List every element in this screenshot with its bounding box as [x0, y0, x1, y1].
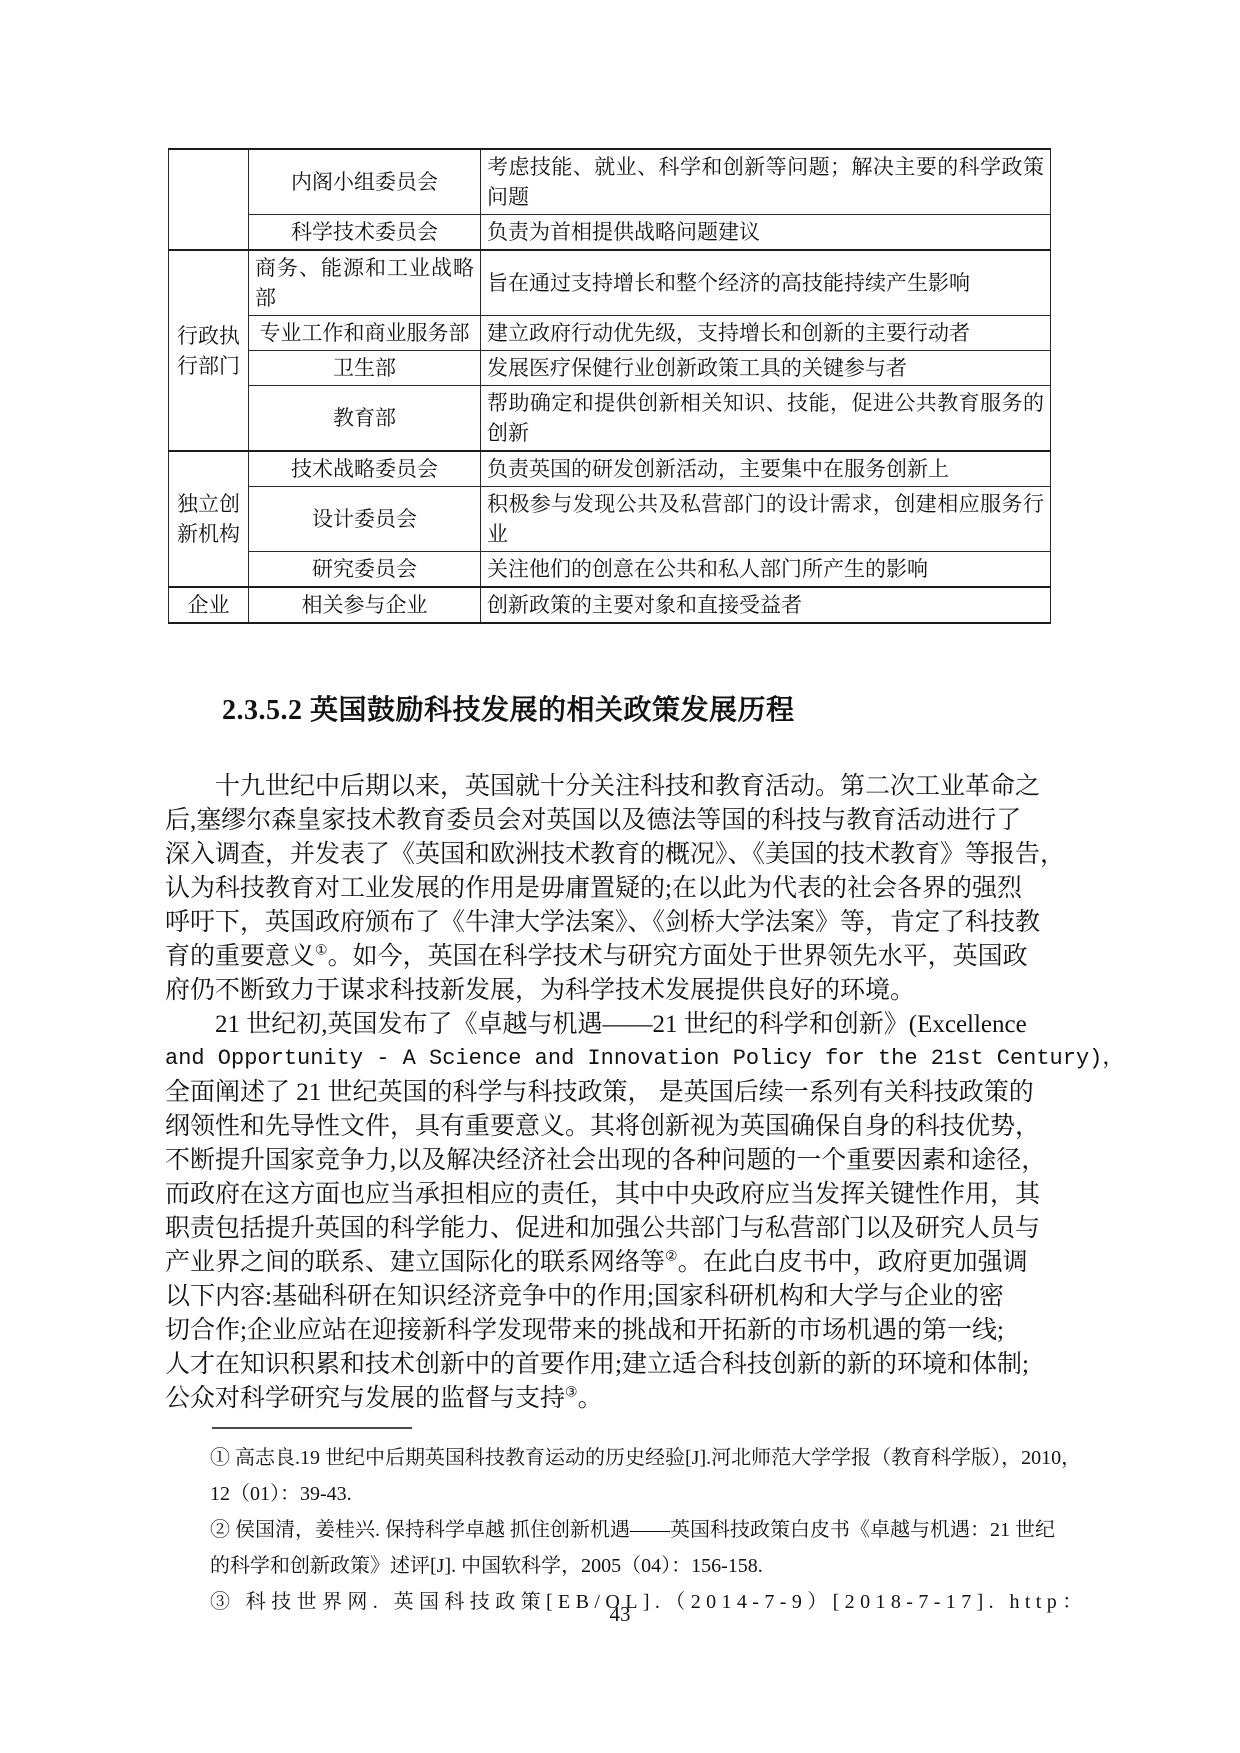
policy-table: 内阁小组委员会考虑技能、就业、科学和创新等问题；解决主要的科学政策问题科学技术委… — [168, 148, 1051, 624]
policy-table-body: 内阁小组委员会考虑技能、就业、科学和创新等问题；解决主要的科学政策问题科学技术委… — [169, 149, 1051, 623]
table-row: 专业工作和商业服务部建立政府行动优先级，支持增长和创新的主要行动者 — [169, 316, 1051, 351]
table-row: 设计委员会积极参与发现公共及私营部门的设计需求，创建相应服务行业 — [169, 487, 1051, 552]
desc-cell: 积极参与发现公共及私营部门的设计需求，创建相应服务行业 — [481, 487, 1051, 552]
footnote-line: 的科学和创新政策》述评[J]. 中国软科学，2005（04）：156-158. — [210, 1548, 1095, 1584]
org-cell: 研究委员会 — [249, 552, 481, 588]
body-line: and Opportunity - A Science and Innovati… — [165, 1042, 1080, 1076]
table-row: 卫生部发展医疗保健行业创新政策工具的关键参与者 — [169, 351, 1051, 386]
body-line: 切合作;企业应站在迎接新科学发现带来的挑战和开拓新的市场机遇的第一线; — [165, 1314, 1080, 1348]
desc-cell: 发展医疗保健行业创新政策工具的关键参与者 — [481, 351, 1051, 386]
table-row: 研究委员会关注他们的创意在公共和私人部门所产生的影响 — [169, 552, 1051, 588]
group-cell: 企业 — [169, 587, 249, 623]
desc-cell: 旨在通过支持增长和整个经济的高技能持续产生影响 — [481, 250, 1051, 316]
desc-cell: 创新政策的主要对象和直接受益者 — [481, 587, 1051, 623]
org-cell: 相关参与企业 — [249, 587, 481, 623]
footnote-line: ② 侯国清，姜桂兴. 保持科学卓越 抓住创新机遇——英国科技政策白皮书《卓越与机… — [210, 1512, 1095, 1548]
desc-cell: 负责为首相提供战略问题建议 — [481, 215, 1051, 251]
body-line: 认为科技教育对工业发展的作用是毋庸置疑的;在以此为代表的社会各界的强烈 — [165, 872, 1080, 906]
body-line: 公众对科学研究与发展的监督与支持③。 — [165, 1382, 1080, 1416]
footnote-line: ① 高志良.19 世纪中后期英国科技教育运动的历史经验[J].河北师范大学学报（… — [210, 1440, 1095, 1476]
group-cell: 独立创新机构 — [169, 451, 249, 587]
table-row: 内阁小组委员会考虑技能、就业、科学和创新等问题；解决主要的科学政策问题 — [169, 149, 1051, 215]
body-line: 府仍不断致力于谋求科技新发展，为科学技术发展提供良好的环境。 — [165, 974, 1080, 1008]
body-line: 深入调查，并发表了《英国和欧洲技术教育的概况》、《美国的技术教育》等报告， — [165, 838, 1080, 872]
org-cell: 设计委员会 — [249, 487, 481, 552]
body-line: 后,塞缪尔森皇家技术教育委员会对英国以及德法等国的科技与教育活动进行了 — [165, 804, 1080, 838]
desc-cell: 考虑技能、就业、科学和创新等问题；解决主要的科学政策问题 — [481, 149, 1051, 215]
org-cell: 卫生部 — [249, 351, 481, 386]
body-line: 育的重要意义①。如今，英国在科学技术与研究方面处于世界领先水平，英国政 — [165, 940, 1080, 974]
desc-cell: 帮助确定和提供创新相关知识、技能，促进公共教育服务的创新 — [481, 386, 1051, 452]
table-row: 行政执行部门商务、能源和工业战略部旨在通过支持增长和整个经济的高技能持续产生影响 — [169, 250, 1051, 316]
body-line: 产业界之间的联系、建立国际化的联系网络等②。在此白皮书中，政府更加强调 — [165, 1246, 1080, 1280]
body-line: 而政府在这方面也应当承担相应的责任，其中中央政府应当发挥关键性作用，其 — [165, 1178, 1080, 1212]
body-line: 21 世纪初,英国发布了《卓越与机遇——21 世纪的科学和创新》(Excelle… — [165, 1008, 1080, 1042]
footnote-separator — [212, 1427, 412, 1429]
org-cell: 商务、能源和工业战略部 — [249, 250, 481, 316]
footnote-line: 12（01）：39-43. — [210, 1476, 1095, 1512]
body-line: 以下内容:基础科研在知识经济竞争中的作用;国家科研机构和大学与企业的密 — [165, 1280, 1080, 1314]
org-cell: 专业工作和商业服务部 — [249, 316, 481, 351]
body-line: 纲领性和先导性文件，具有重要意义。其将创新视为英国确保自身的科技优势， — [165, 1110, 1080, 1144]
desc-cell: 负责英国的研发创新活动，主要集中在服务创新上 — [481, 451, 1051, 487]
body-line: 呼吁下，英国政府颁布了《牛津大学法案》、《剑桥大学法案》等，肯定了科技教 — [165, 906, 1080, 940]
table-row: 教育部帮助确定和提供创新相关知识、技能，促进公共教育服务的创新 — [169, 386, 1051, 452]
desc-cell: 建立政府行动优先级，支持增长和创新的主要行动者 — [481, 316, 1051, 351]
table-row: 企业相关参与企业创新政策的主要对象和直接受益者 — [169, 587, 1051, 623]
desc-cell: 关注他们的创意在公共和私人部门所产生的影响 — [481, 552, 1051, 588]
table-row: 科学技术委员会负责为首相提供战略问题建议 — [169, 215, 1051, 251]
body-line: 人才在知识积累和技术创新中的首要作用;建立适合科技创新的新的环境和体制; — [165, 1348, 1080, 1382]
policy-table-container: 内阁小组委员会考虑技能、就业、科学和创新等问题；解决主要的科学政策问题科学技术委… — [168, 148, 1051, 624]
org-cell: 技术战略委员会 — [249, 451, 481, 487]
document-page: 内阁小组委员会考虑技能、就业、科学和创新等问题；解决主要的科学政策问题科学技术委… — [0, 0, 1240, 1753]
org-cell: 教育部 — [249, 386, 481, 452]
org-cell: 科学技术委员会 — [249, 215, 481, 251]
org-cell: 内阁小组委员会 — [249, 149, 481, 215]
body-line: 职责包括提升英国的科学能力、促进和加强公共部门与私营部门以及研究人员与 — [165, 1212, 1080, 1246]
footnotes: ① 高志良.19 世纪中后期英国科技教育运动的历史经验[J].河北师范大学学报（… — [210, 1440, 1095, 1620]
body-line: 不断提升国家竞争力,以及解决经济社会出现的各种问题的一个重要因素和途径， — [165, 1144, 1080, 1178]
group-cell: 行政执行部门 — [169, 250, 249, 451]
group-cell — [169, 149, 249, 250]
body-paragraphs: 十九世纪中后期以来，英国就十分关注科技和教育活动。第二次工业革命之后,塞缪尔森皇… — [165, 770, 1080, 1416]
body-line: 十九世纪中后期以来，英国就十分关注科技和教育活动。第二次工业革命之 — [165, 770, 1080, 804]
section-heading: 2.3.5.2 英国鼓励科技发展的相关政策发展历程 — [222, 688, 795, 728]
body-line: 全面阐述了 21 世纪英国的科学与科技政策， 是英国后续一系列有关科技政策的 — [165, 1076, 1080, 1110]
table-row: 独立创新机构技术战略委员会负责英国的研发创新活动，主要集中在服务创新上 — [169, 451, 1051, 487]
page-number: 43 — [0, 1602, 1240, 1627]
